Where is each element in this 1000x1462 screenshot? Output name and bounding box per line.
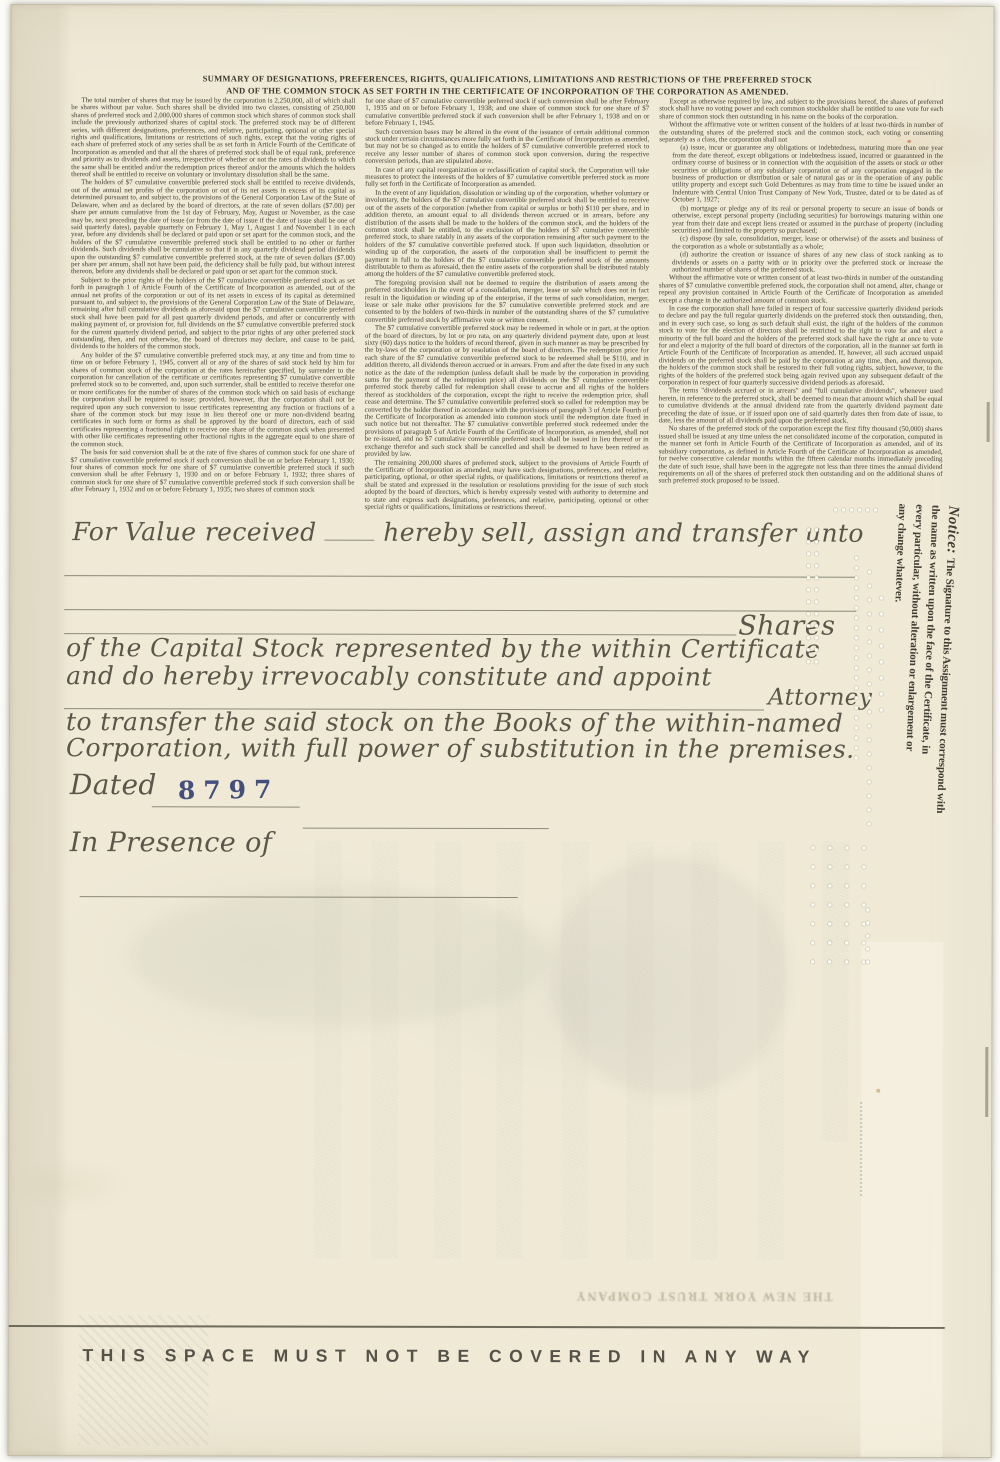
legal-paragraph: Such conversion bases may be altered in … (365, 128, 649, 166)
stock-certificate-back: SUMMARY OF DESIGNATIONS, PREFERENCES, RI… (7, 4, 994, 1458)
scan-edge-mark (987, 402, 990, 442)
perforation-dots (866, 569, 875, 831)
legal-paragraph-d: (d) authorize the creation or issuance o… (659, 251, 943, 274)
legal-paragraph: for one share of $7 cumulative convertib… (365, 98, 649, 128)
perforation-dots (878, 595, 886, 713)
legal-paragraph: Except as otherwise required by law, and… (659, 98, 943, 121)
legal-paragraph: The foregoing provision shall not be dee… (365, 279, 649, 324)
ghost-vignette (549, 856, 790, 1097)
transfer-text-2: Corporation, with full power of substitu… (66, 733, 855, 764)
number-stamp: 8797 (178, 775, 280, 805)
legal-paragraph: In case of any capital reorganization or… (365, 166, 649, 189)
legal-paragraph: No shares of the preferred stock of the … (659, 426, 943, 486)
legal-paragraph: In the event of any liquidation, dissolu… (365, 190, 649, 279)
ghost-scrollwork (129, 885, 549, 1026)
perforation-dots (853, 555, 861, 760)
in-presence-of-label: In Presence of (70, 827, 273, 858)
legal-column-3: Except as otherwise required by law, and… (658, 98, 943, 529)
perforation-dots (832, 507, 880, 516)
perforation-dots (805, 527, 821, 667)
paper-light-band (860, 942, 943, 1457)
assignor-blank (325, 522, 375, 541)
legal-paragraph: Without the affirmative vote or written … (659, 275, 943, 305)
legal-paragraph-b: (b) mortgage or pledge any of its real o… (659, 205, 943, 235)
assignment-opening-line: For Value received hereby sell, assign a… (72, 517, 864, 548)
legal-paragraph: The remaining 200,000 shares of preferre… (364, 459, 648, 511)
assignee-line-1 (64, 575, 856, 578)
footer-warning: THIS SPACE MUST NOT BE COVERED IN ANY WA… (69, 1345, 831, 1368)
paper-speck (876, 1089, 880, 1093)
ghost-microtext (860, 1102, 862, 1197)
legal-paragraph: The holders of $7 cumulative convertible… (71, 180, 355, 277)
legal-column-1: The total number of shares that may be i… (70, 97, 355, 528)
legal-paragraph: The total number of shares that may be i… (71, 97, 355, 179)
notice-label: Notice: (943, 505, 961, 558)
dated-label: Dated (70, 768, 157, 801)
legal-paragraph: The terms "dividends accrued or in arrea… (659, 388, 943, 426)
legal-paragraph-a: (a) issue, incur or guarantee any obliga… (659, 145, 943, 205)
perforation-dots (865, 907, 873, 967)
legal-column-2: for one share of $7 cumulative convertib… (364, 98, 649, 529)
capital-stock-text-2: and do hereby irrevocably constitute and… (66, 661, 712, 691)
for-value-received-text: For Value received (72, 517, 316, 547)
legal-paragraph: Without the affirmative vote or written … (659, 122, 943, 145)
ghost-corner-hatch (79, 1315, 209, 1445)
sell-assign-transfer-text: hereby sell, assign and transfer unto (383, 518, 864, 548)
signature-notice: Notice:The Signature to this Assignment … (877, 503, 962, 943)
legal-paragraph: The $7 cumulative convertible preferred … (365, 325, 649, 459)
scan-edge-mark (985, 1047, 988, 1117)
witness-line-1 (303, 828, 549, 830)
dated-blank-line (152, 806, 300, 807)
legal-text-columns: The total number of shares that may be i… (70, 97, 943, 529)
capital-stock-text-1: of the Capital Stock represented by the … (66, 633, 820, 664)
legal-paragraph: Subject to the prior rights of the holde… (71, 277, 355, 352)
legal-paragraph: In case the corporation shall have faile… (659, 305, 943, 387)
summary-title: SUMMARY OF DESIGNATIONS, PREFERENCES, RI… (131, 72, 883, 98)
legal-paragraph: Any holder of the $7 cumulative converti… (71, 352, 355, 449)
legal-paragraph-c: (c) dispose (by sale, consolidation, mer… (659, 236, 943, 251)
ghost-engraving-band (496, 841, 524, 1259)
ghost-transfer-agent-imprint: THE NEW YORK TRUST COMPANY (561, 1288, 847, 1304)
notice-line-4: any change whatever. (893, 503, 909, 602)
legal-paragraph: The basis for said conversion shall be a… (70, 449, 354, 494)
